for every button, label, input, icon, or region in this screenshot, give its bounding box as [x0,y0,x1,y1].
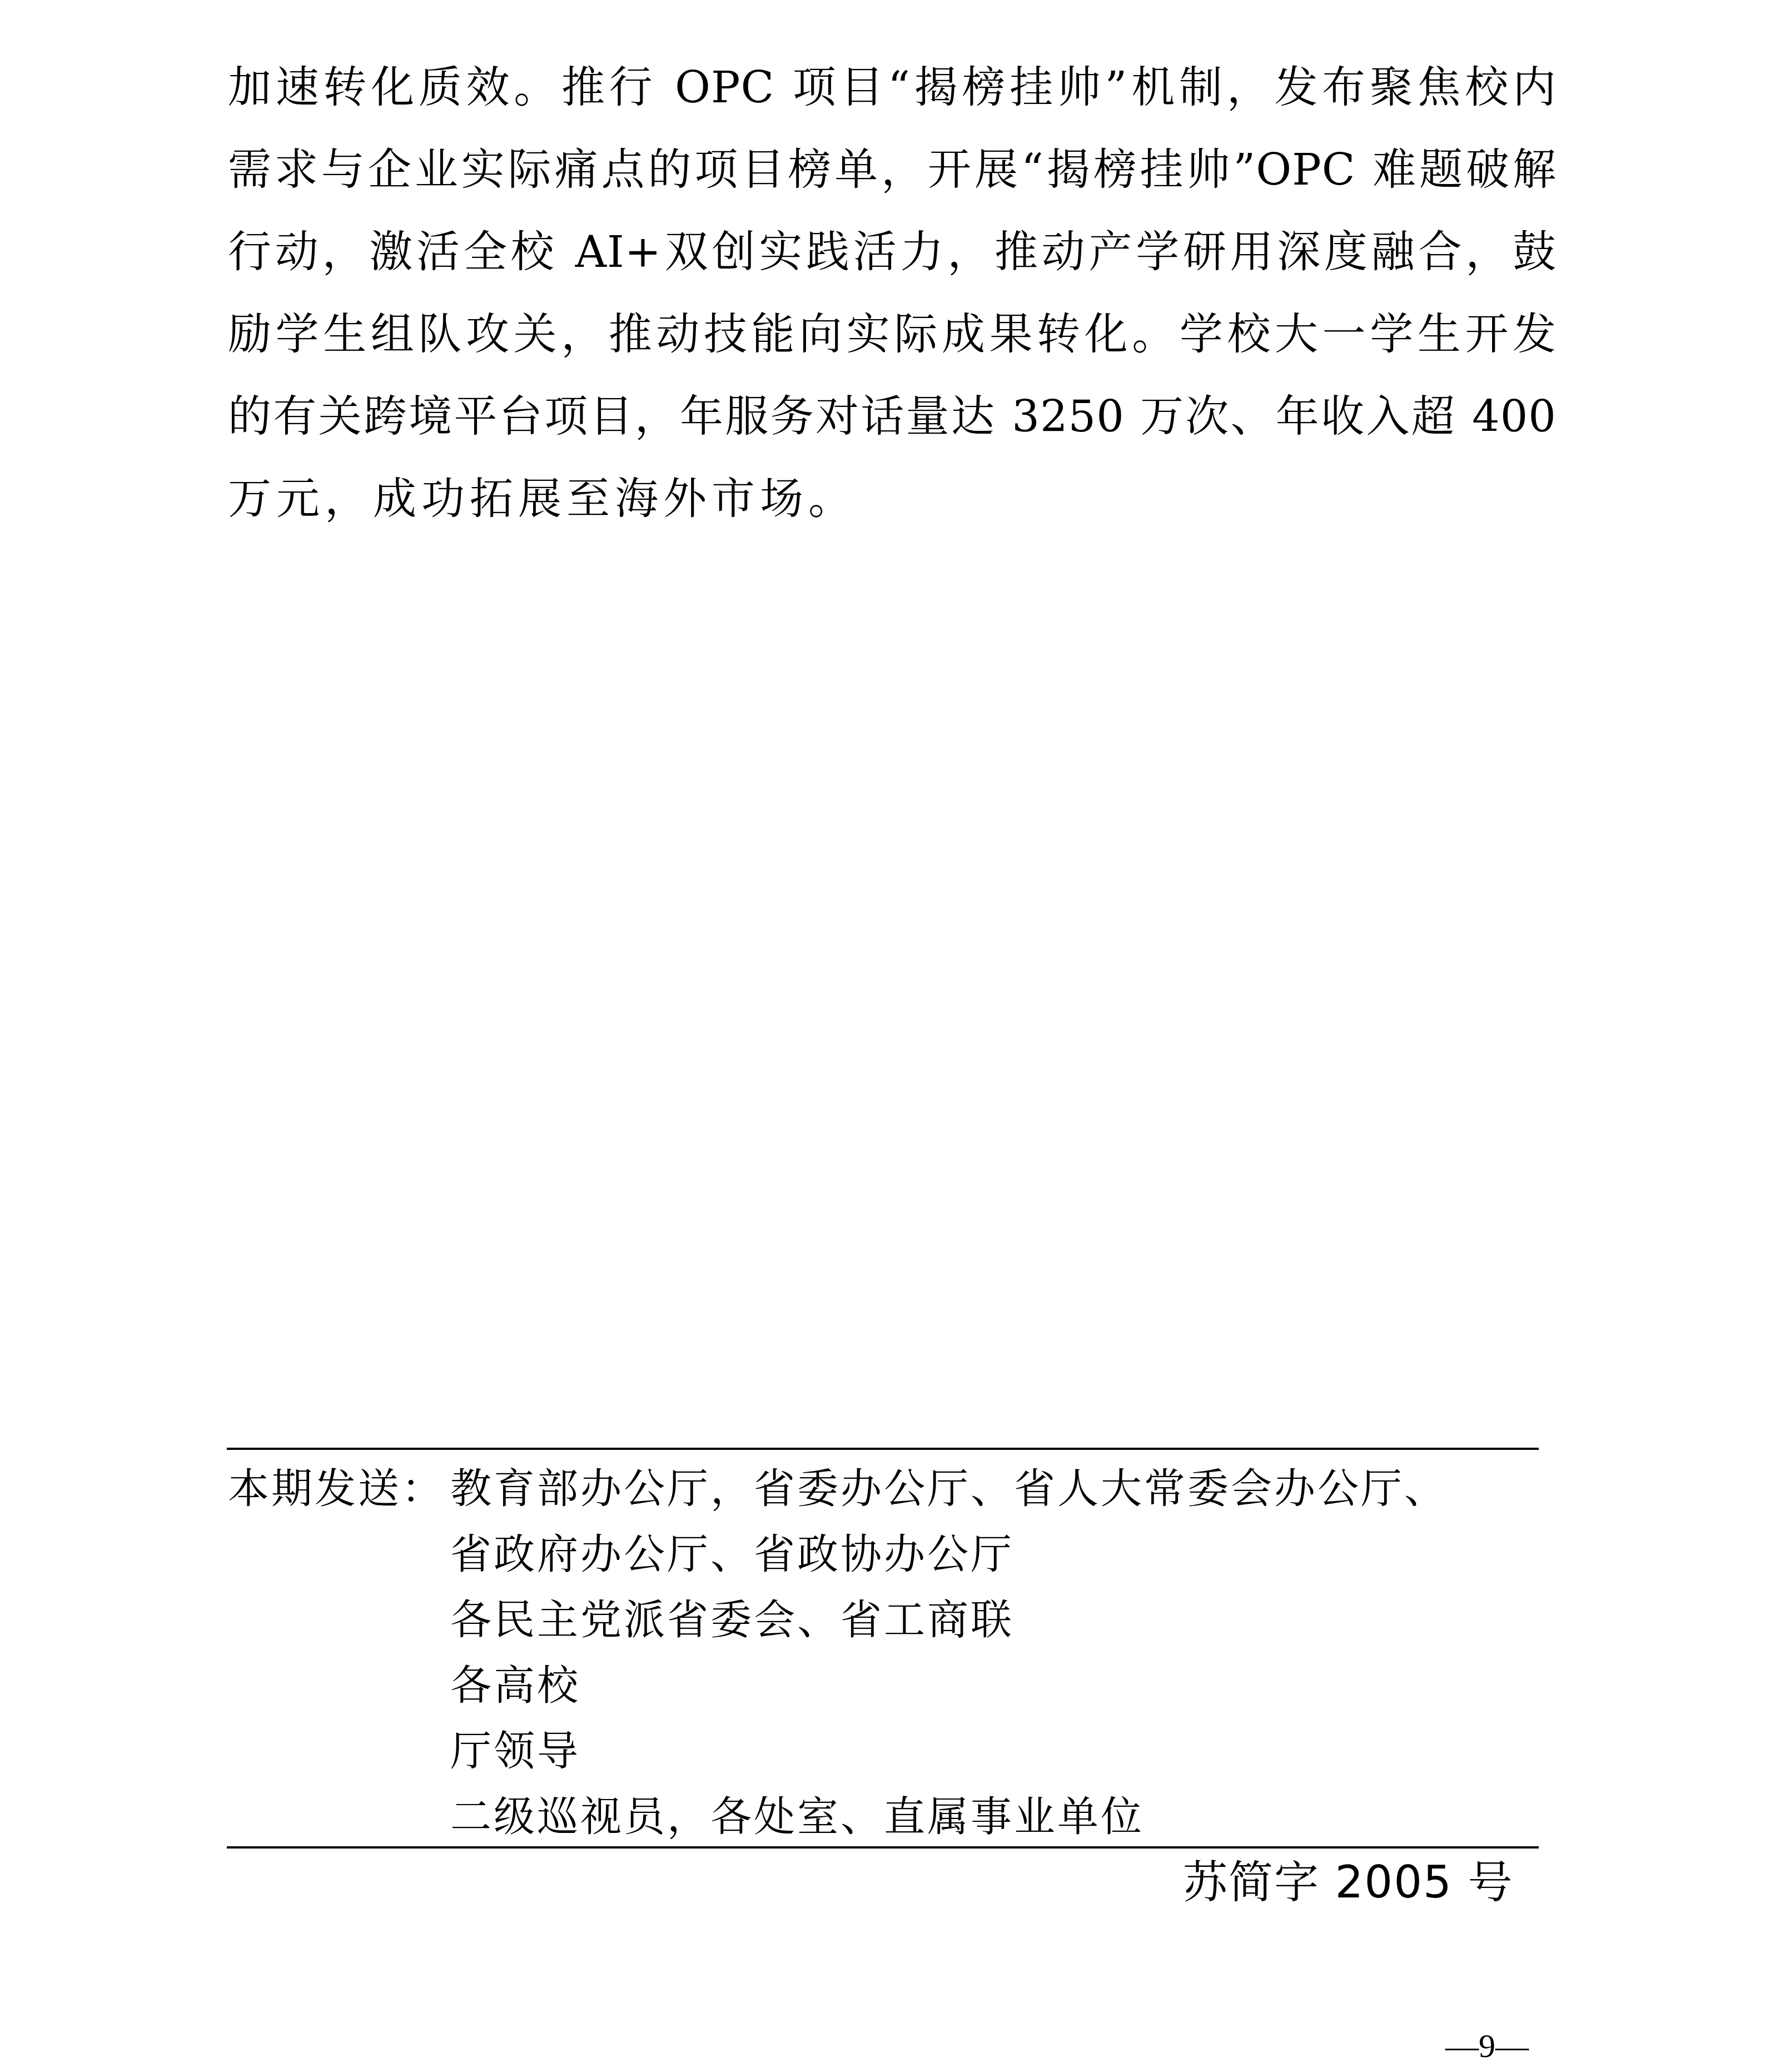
distribution-row: 本期发送： 教育部办公厅，省委办公厅、省人大常委会办公厅、 [228,1461,1540,1527]
document-page: 加速转化质效。推行 OPC 项目“揭榜挂帅”机制，发布聚焦校内 需求与企业实际痛… [0,0,1765,2072]
distribution-row: 二级巡视员，各处室、直属事业单位 [228,1789,1540,1855]
page-number: —9— [1445,2024,1529,2068]
distribution-recipient: 各民主党派省委会、省工商联 [450,1592,1014,1648]
body-line: 需求与企业实际痛点的项目榜单，开展“揭榜挂帅”OPC 难题破解 [228,142,1557,225]
body-line: 万元，成功拓展至海外市场。 [228,471,1557,554]
body-line: 的有关跨境平台项目，年服务对话量达 3250 万次、年收入超 400 [228,389,1557,471]
distribution-recipient: 各高校 [450,1658,580,1713]
body-line: 加速转化质效。推行 OPC 项目“揭榜挂帅”机制，发布聚焦校内 [228,60,1557,142]
body-line: 行动，激活全校 AI+双创实践活力，推动产学研用深度融合，鼓 [228,225,1557,307]
body-line: 励学生组队攻关，推动技能向实际成果转化。学校大一学生开发 [228,307,1557,389]
distribution-row: 各高校 [228,1658,1540,1723]
distribution-recipient: 教育部办公厅，省委办公厅、省人大常委会办公厅、 [450,1461,1448,1517]
distribution-recipient: 二级巡视员，各处室、直属事业单位 [450,1789,1144,1845]
distribution-row: 厅领导 [228,1723,1540,1789]
distribution-row: 省政府办公厅、省政协办公厅 [228,1527,1540,1592]
distribution-row: 各民主党派省委会、省工商联 [228,1592,1540,1658]
distribution-recipient: 省政府办公厅、省政协办公厅 [450,1527,1014,1582]
distribution-bottom-rule [227,1846,1539,1849]
distribution-list: 本期发送： 教育部办公厅，省委办公厅、省人大常委会办公厅、 省政府办公厅、省政协… [228,1461,1540,1855]
body-paragraph: 加速转化质效。推行 OPC 项目“揭榜挂帅”机制，发布聚焦校内 需求与企业实际痛… [228,60,1557,554]
distribution-label: 本期发送： [228,1461,445,1517]
distribution-recipient: 厅领导 [450,1723,580,1779]
distribution-top-rule [227,1448,1539,1450]
document-number: 苏简字 2005 号 [1183,1855,1513,1910]
